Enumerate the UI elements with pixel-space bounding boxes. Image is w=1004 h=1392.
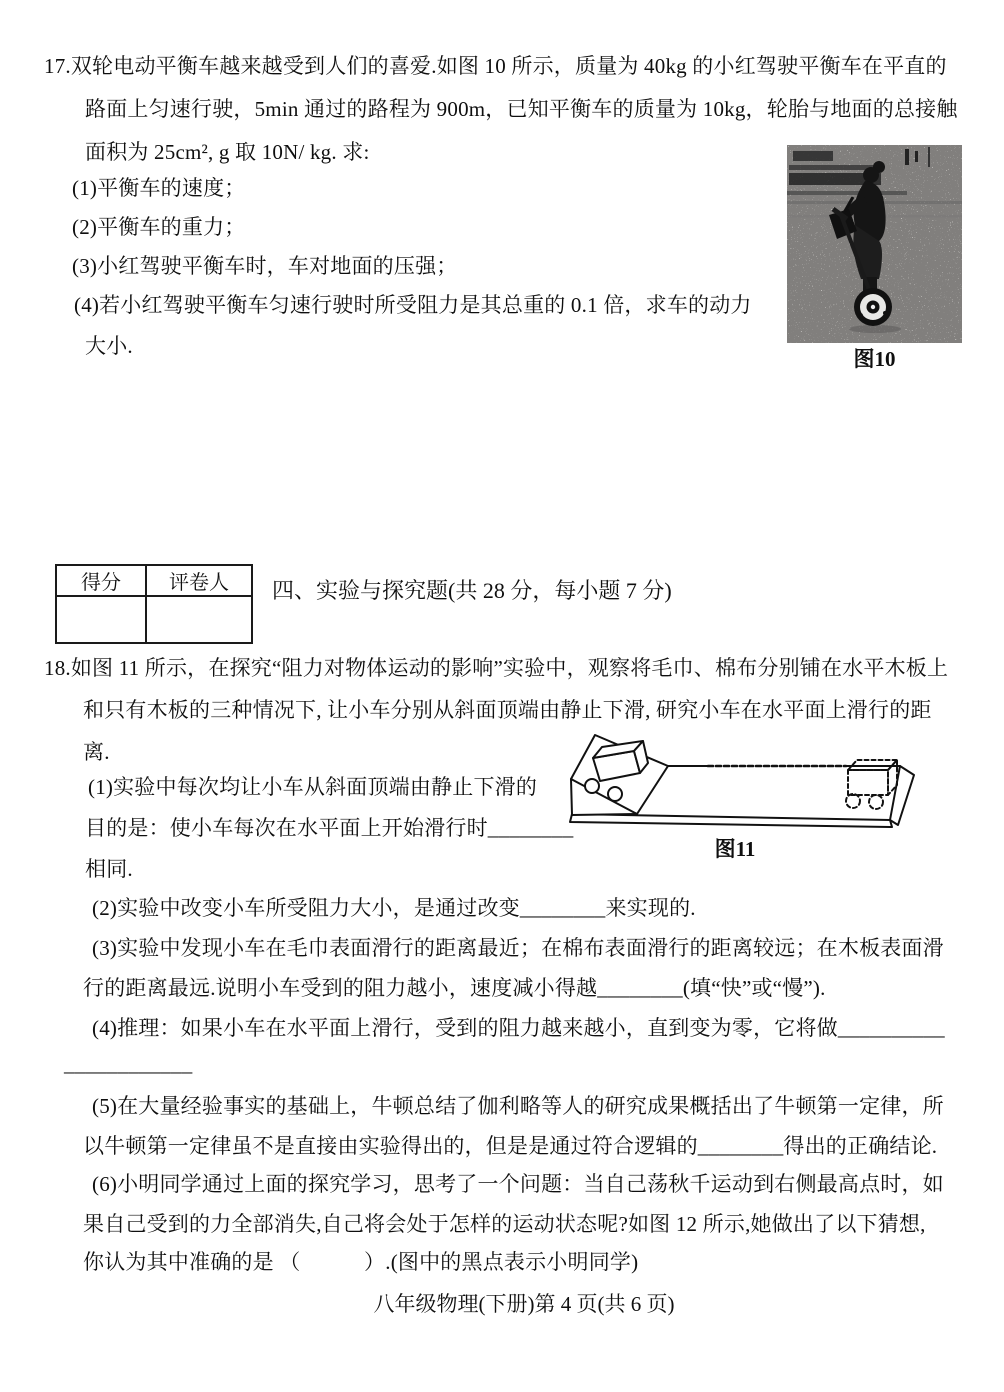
incline-experiment-diagram xyxy=(556,726,918,834)
grader-value-cell xyxy=(147,597,251,642)
q17-line-1: 17.双轮电动平衡车越来越受到人们的喜爱.如图 10 所示，质量为 40kg 的… xyxy=(44,54,947,78)
q18-subitem-5-cont: 以牛顿第一定律虽不是直接由实验得出的，但是是通过符合逻辑的________得出的… xyxy=(83,1134,937,1158)
q17-subitem-4-cont: 大小. xyxy=(85,334,133,358)
q18-subitem-1-cont: 目的是：使小车每次在水平面上开始滑行时________ xyxy=(85,816,573,840)
figure-11-label: 图11 xyxy=(660,833,810,863)
balance-scooter-photo xyxy=(787,145,962,343)
q18-subitem-6-cont: 果自己受到的力全部消失,自己将会处于怎样的运动状态呢?如图 12 所示,她做出了… xyxy=(83,1212,926,1236)
score-table-empty-row xyxy=(57,597,251,642)
score-table-header-row: 得分 评卷人 xyxy=(57,566,251,597)
q18-line-1: 18.如图 11 所示，在探究“阻力对物体运动的影响”实验中，观察将毛巾、棉布分… xyxy=(44,656,948,680)
q17-subitem-3: (3)小红驾驶平衡车时，车对地面的压强； xyxy=(72,254,458,278)
section-four-title: 四、实验与探究题(共 28 分，每小题 7 分) xyxy=(272,574,672,605)
board-front-edge xyxy=(570,814,892,827)
q17-subitem-2: (2)平衡车的重力； xyxy=(72,215,246,239)
q18-subitem-3-cont: 行的距离最远.说明小车受到的阻力越小，速度减小得越________(填“快”或“… xyxy=(83,976,826,1000)
q18-line-3: 离. xyxy=(83,740,110,764)
q18-subitem-1: (1)实验中每次均让小车从斜面顶端由静止下滑的 xyxy=(88,775,537,799)
q18-subitem-1-cont2: 相同. xyxy=(85,857,133,881)
board-right-end xyxy=(890,766,914,825)
q17-subitem-4: (4)若小红驾驶平衡车匀速行驶时所受阻力是其总重的 0.1 倍，求车的动力 xyxy=(74,293,752,317)
q18-subitem-4: (4)推理：如果小车在水平面上滑行，受到的阻力越来越小，直到变为零，它将做___… xyxy=(92,1016,945,1040)
score-value-cell xyxy=(57,597,147,642)
score-table: 得分 评卷人 xyxy=(55,564,253,644)
figure-10-photo xyxy=(787,145,962,343)
q18-subitem-6: (6)小明同学通过上面的探究学习，思考了一个问题：当自己荡秋千运动到右侧最高点时… xyxy=(92,1172,944,1196)
figure-11-drawing xyxy=(556,726,918,834)
dotted-cart xyxy=(846,760,897,809)
q17-subitem-1: (1)平衡车的速度； xyxy=(72,176,246,200)
q17-line-2: 路面上匀速行驶，5min 通过的路程为 900m，已知平衡车的质量为 10kg，… xyxy=(85,97,958,121)
score-header-cell: 得分 xyxy=(57,566,147,595)
q17-line-3: 面积为 25cm², g 取 10N/ kg. 求: xyxy=(85,140,370,164)
q18-line-2: 和只有木板的三种情况下, 让小车分别从斜面顶端由静止下滑, 研究小车在水平面上滑… xyxy=(83,698,932,722)
q18-subitem-3: (3)实验中发现小车在毛巾表面滑行的距离最近；在棉布表面滑行的距离较远；在木板表… xyxy=(92,936,944,960)
grader-header-cell: 评卷人 xyxy=(147,566,251,595)
exam-page: 17.双轮电动平衡车越来越受到人们的喜爱.如图 10 所示，质量为 40kg 的… xyxy=(0,0,1004,1392)
q18-subitem-2: (2)实验中改变小车所受阻力大小，是通过改变________来实现的. xyxy=(92,896,696,920)
page-footer: 八年级物理(下册)第 4 页(共 6 页) xyxy=(44,1288,1004,1318)
q18-subitem-5: (5)在大量经验事实的基础上，牛顿总结了伽利略等人的研究成果概括出了牛顿第一定律… xyxy=(92,1094,944,1118)
q18-subitem-4-blank: ____________ xyxy=(64,1052,192,1076)
figure-10-label: 图10 xyxy=(787,343,962,373)
q18-subitem-6-cont2: 你认为其中准确的是 （ ）.(图中的黑点表示小明同学) xyxy=(83,1250,638,1274)
